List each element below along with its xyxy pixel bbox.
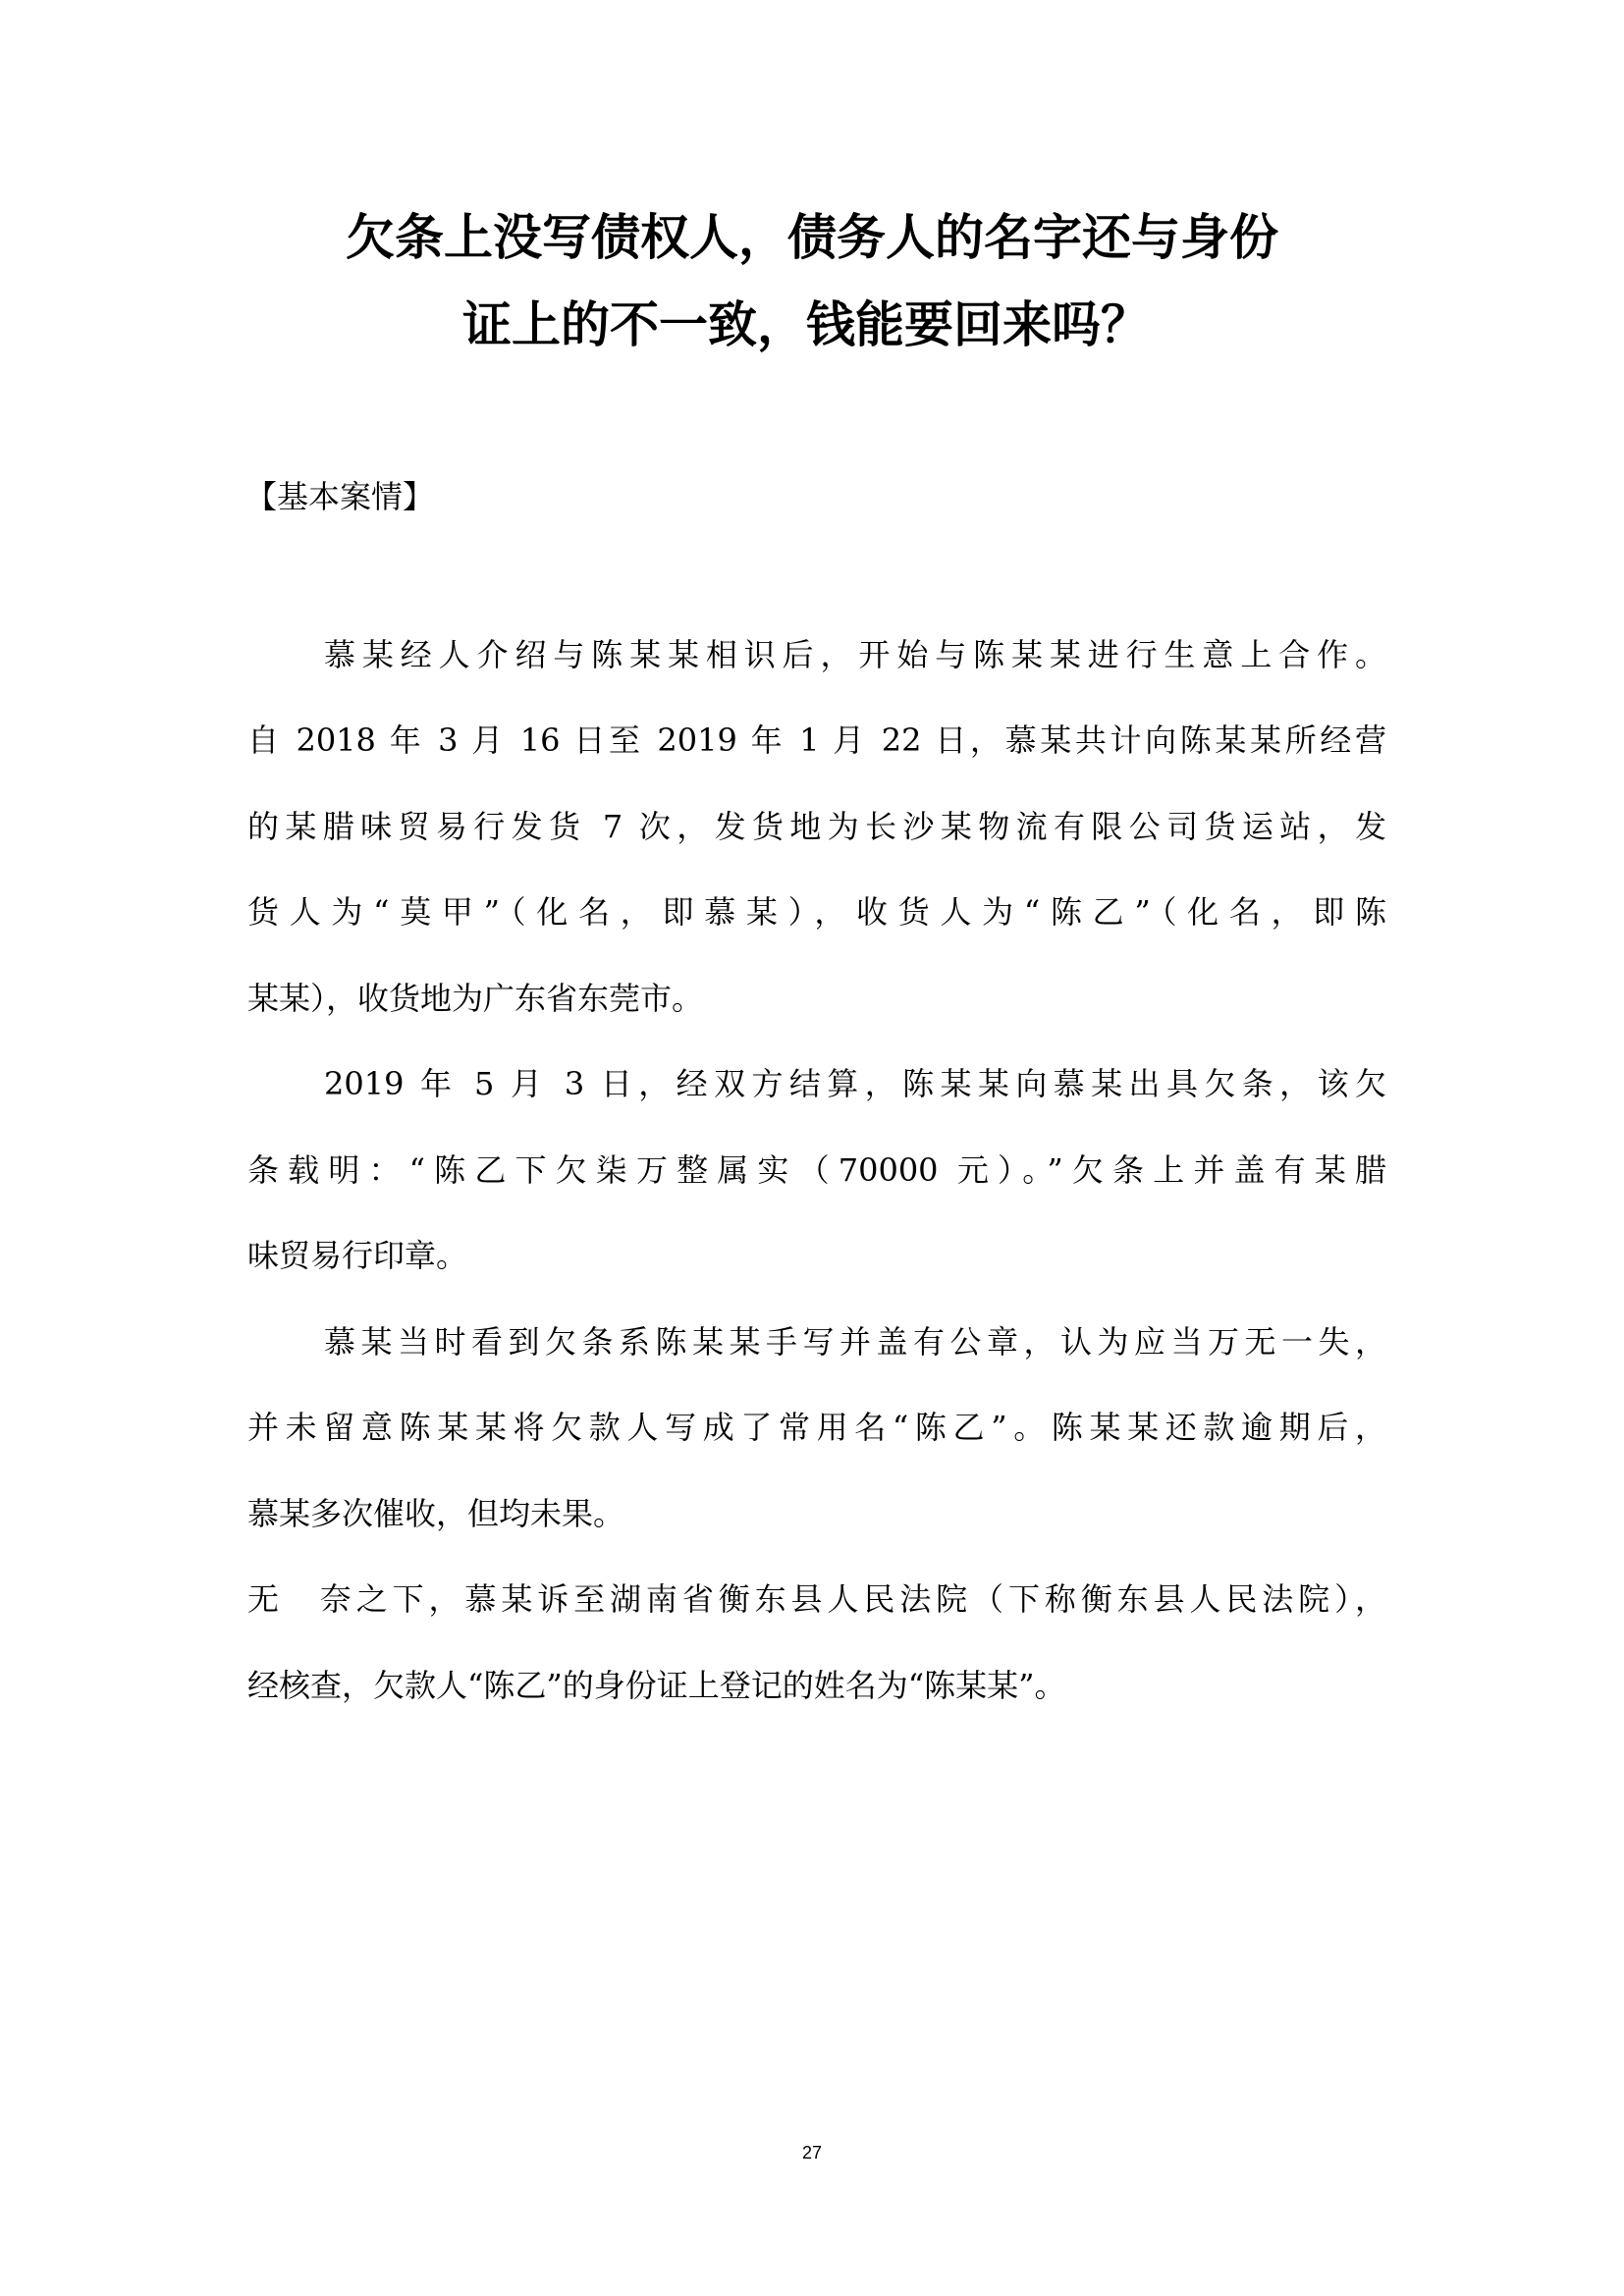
- paragraph-1-line-3: 的某腊味贸易行发货 7 次，发货地为长沙某物流有限公司货运站，发: [247, 807, 1386, 846]
- paragraph-4-line-2: 经核查，欠款人“陈乙”的身份证上登记的姓名为“陈某某”。: [247, 1666, 1386, 1705]
- paragraph-1-line-1: 慕某经人介绍与陈某某相识后，开始与陈某某进行生意上合作。: [324, 635, 1386, 674]
- paragraph-3-line-1: 慕某当时看到欠条系陈某某手写并盖有公章，认为应当万无一失，: [324, 1322, 1386, 1362]
- paragraph-1-line-5: 某某），收货地为广东省东莞市。: [247, 979, 1386, 1018]
- paragraph-1-line-4: 货人为“莫甲”（化名，即慕某），收货人为“陈乙”（化名，即陈: [247, 892, 1386, 932]
- paragraph-2-line-3: 味贸易行印章。: [247, 1236, 1386, 1275]
- page-number: 27: [0, 2142, 1624, 2163]
- paragraph-2-line-1: 2019 年 5 月 3 日，经双方结算，陈某某向慕某出具欠条，该欠: [324, 1064, 1386, 1103]
- document-page: 欠条上没写债权人，债务人的名字还与身份 证上的不一致，钱能要回来吗？ 【基本案情…: [0, 0, 1624, 2296]
- title-line-1: 欠条上没写债权人，债务人的名字还与身份: [0, 208, 1624, 267]
- paragraph-2-line-2: 条载明：“陈乙下欠柒万整属实（70000 元）。”欠条上并盖有某腊: [247, 1150, 1386, 1190]
- section-heading-basic-facts: 【基本案情】: [245, 477, 434, 516]
- paragraph-4-line-1: 无 奈之下，慕某诉至湖南省衡东县人民法院（下称衡东县人民法院），: [247, 1579, 1386, 1619]
- paragraph-1-line-2: 自 2018 年 3 月 16 日至 2019 年 1 月 22 日，慕某共计向…: [247, 721, 1386, 760]
- paragraph-3-line-3: 慕某多次催收，但均未果。: [247, 1494, 1386, 1533]
- paragraph-3-line-2: 并未留意陈某某将欠款人写成了常用名“陈乙”。陈某某还款逾期后，: [247, 1408, 1386, 1447]
- title-line-2: 证上的不一致，钱能要回来吗？: [0, 295, 1618, 354]
